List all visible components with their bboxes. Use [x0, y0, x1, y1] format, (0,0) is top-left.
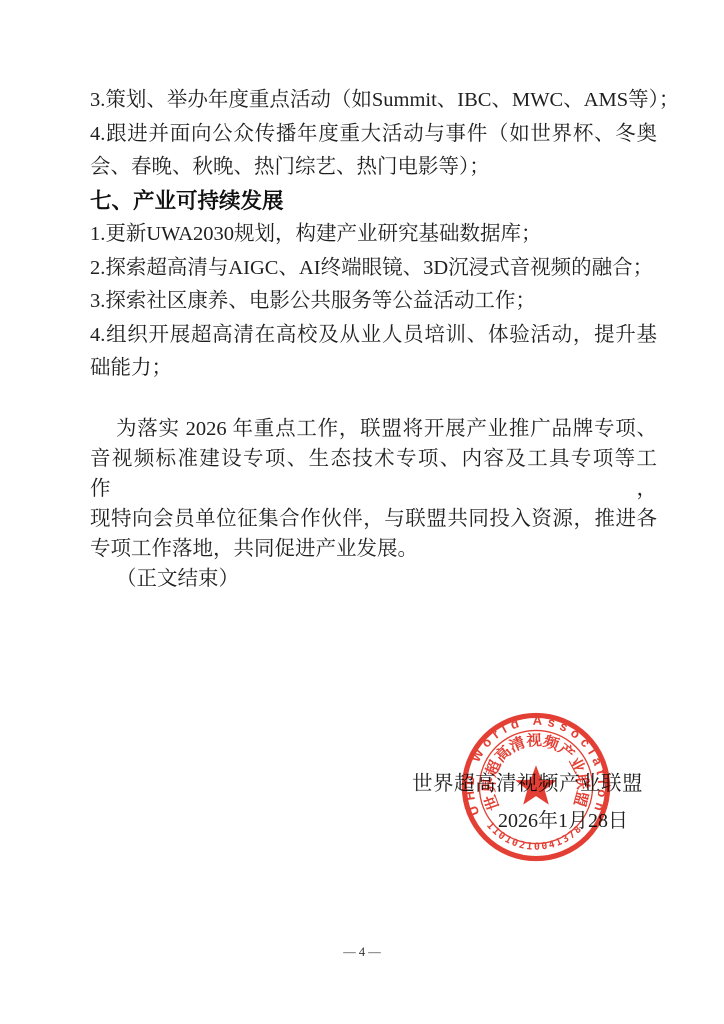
paragraph-line: 音视频标准建设专项、生态技术专项、内容及工具专项等工作，: [90, 444, 657, 504]
body-line: 4.跟进并面向公众传播年度重大活动与事件（如世界杯、冬奥: [90, 118, 657, 152]
document-page: 3.策划、举办年度重点活动（如Summit、IBC、MWC、AMS等）； 4.跟…: [0, 0, 724, 1024]
body-line: 4.组织开展超高清在高校及从业人员培训、体验活动，提升基: [90, 319, 657, 353]
page-number: — 4 —: [0, 945, 724, 960]
section-heading: 七、产业可持续发展: [90, 185, 657, 219]
paragraph-line: 专项工作落地，共同促进产业发展。: [90, 534, 657, 564]
closing-paragraph: 为落实 2026 年重点工作，联盟将开展产业推广品牌专项、 音视频标准建设专项、…: [90, 414, 657, 594]
end-of-text-note: （正文结束）: [90, 564, 657, 594]
body-line: 3.探索社区康养、电影公共服务等公益活动工作；: [90, 285, 657, 319]
paragraph-line: 现特向会员单位征集合作伙伴，与联盟共同投入资源，推进各: [90, 504, 657, 534]
paragraph-line: 为落实 2026 年重点工作，联盟将开展产业推广品牌专项、: [90, 414, 657, 444]
body-line: 础能力；: [90, 352, 657, 386]
body-line: 2.探索超高清与AIGC、AI终端眼镜、3D沉浸式音视频的融合；: [90, 252, 657, 286]
body-line: 1.更新UWA2030规划，构建产业研究基础数据库；: [90, 218, 657, 252]
official-seal-stamp: UHD World Association 世界超高清视频产业联盟 110102…: [453, 704, 619, 870]
body-line: 会、春晚、秋晚、热门综艺、热门电影等）；: [90, 151, 657, 185]
body-line: 3.策划、举办年度重点活动（如Summit、IBC、MWC、AMS等）；: [90, 84, 657, 118]
star-icon: [515, 765, 556, 804]
document-body: 3.策划、举办年度重点活动（如Summit、IBC、MWC、AMS等）； 4.跟…: [90, 84, 657, 594]
